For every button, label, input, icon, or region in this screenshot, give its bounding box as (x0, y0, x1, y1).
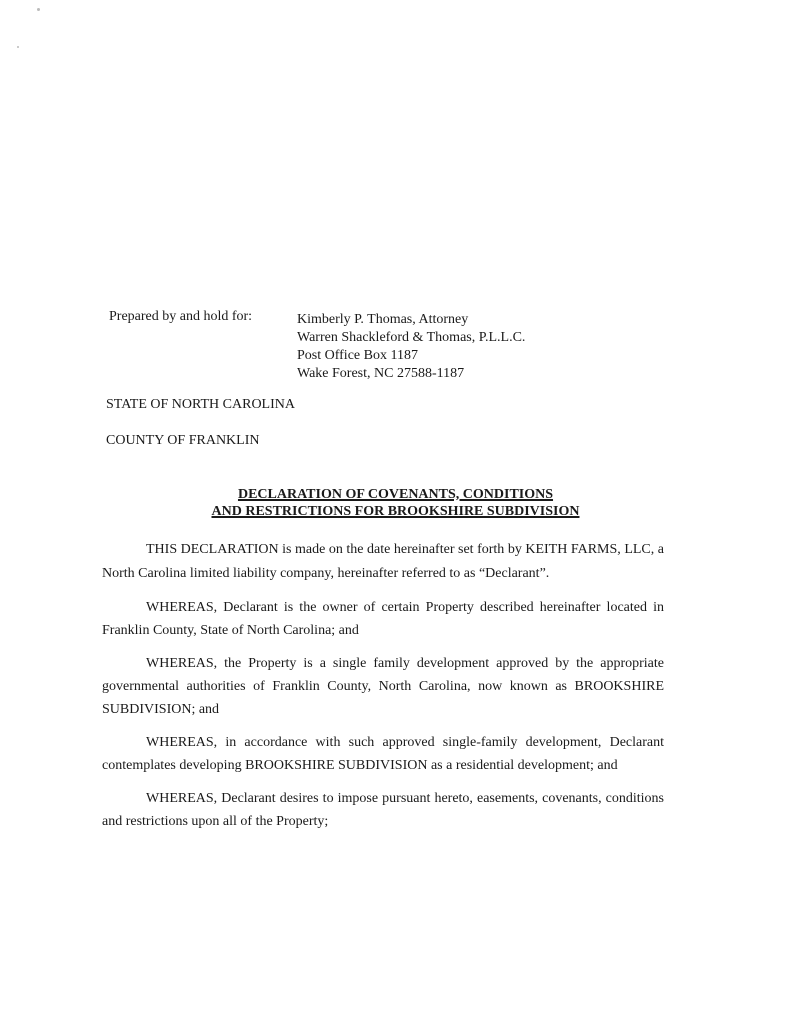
address-line: Warren Shackleford & Thomas, P.L.L.C. (297, 329, 525, 347)
county-heading: COUNTY OF FRANKLIN (106, 433, 260, 449)
paragraph: WHEREAS, in accordance with such approve… (102, 731, 664, 777)
address-line: Post Office Box 1187 (297, 347, 525, 365)
attorney-address: Kimberly P. Thomas, Attorney Warren Shac… (297, 311, 525, 383)
paragraph: THIS DECLARATION is made on the date her… (102, 538, 664, 586)
paragraph: WHEREAS, the Property is a single family… (102, 652, 664, 721)
prepared-by-label: Prepared by and hold for: (109, 308, 252, 326)
title-line-1: DECLARATION OF COVENANTS, CONDITIONS (238, 487, 553, 502)
paragraph: WHEREAS, Declarant is the owner of certa… (102, 596, 664, 642)
document-title: DECLARATION OF COVENANTS, CONDITIONS AND… (0, 486, 791, 520)
state-heading: STATE OF NORTH CAROLINA (106, 397, 295, 413)
document-body: THIS DECLARATION is made on the date her… (102, 538, 664, 843)
paragraph: WHEREAS, Declarant desires to impose pur… (102, 787, 664, 833)
scan-artifact (17, 46, 19, 48)
address-line: Kimberly P. Thomas, Attorney (297, 311, 525, 329)
scan-artifact (37, 8, 40, 11)
address-line: Wake Forest, NC 27588-1187 (297, 365, 525, 383)
title-line-2: AND RESTRICTIONS FOR BROOKSHIRE SUBDIVIS… (212, 504, 580, 519)
